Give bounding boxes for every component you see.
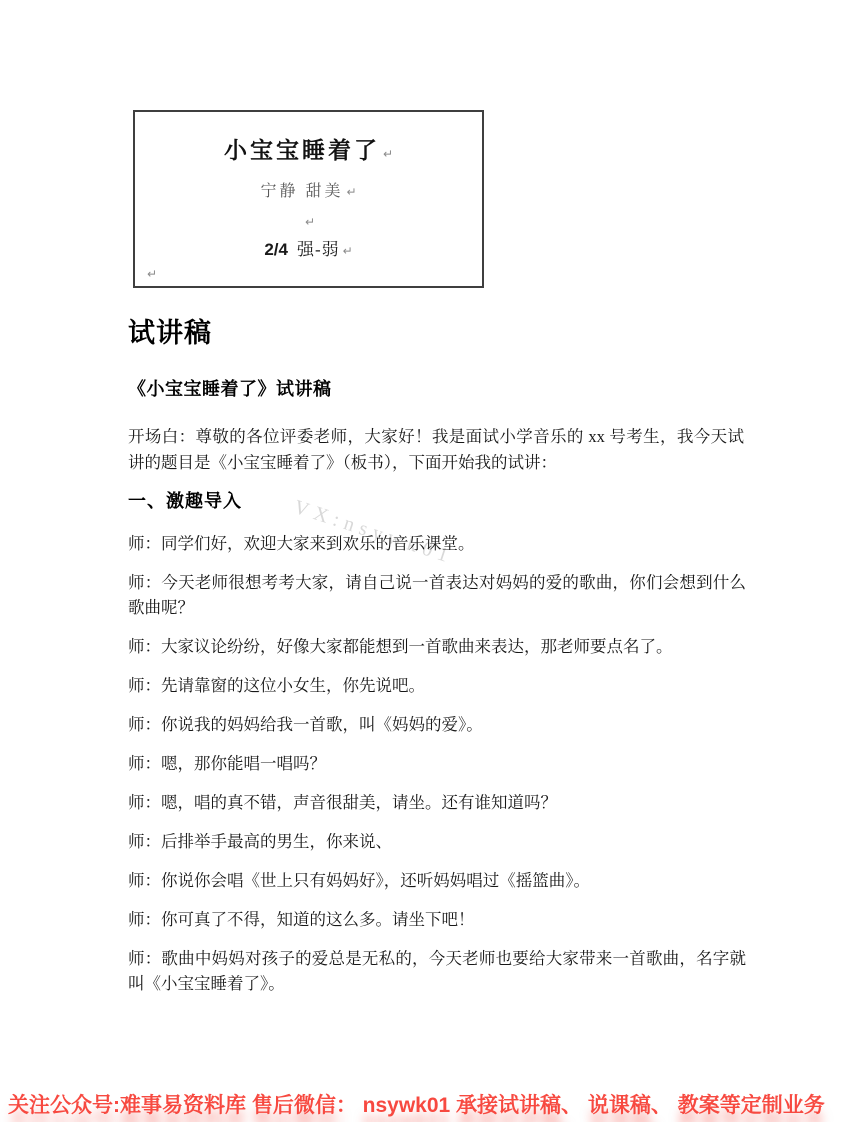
song-mood-row: 宁静 甜美↵ bbox=[135, 178, 482, 201]
dialogue-line: 师：嗯，那你能唱一唱吗？ bbox=[128, 751, 746, 776]
meter-row: 2/4强-弱↵ bbox=[135, 235, 482, 260]
dialogue-line: 师：先请靠窗的这位小女生，你先说吧。 bbox=[128, 673, 746, 698]
dialogue-line: 师：大家议论纷纷，好像大家都能想到一首歌曲来表达，那老师要点名了。 bbox=[128, 634, 746, 659]
song-info-box: 小宝宝睡着了↵ 宁静 甜美↵ ↵ 2/4强-弱↵ ↵ bbox=[133, 110, 484, 288]
dialogue-line: 师：今天老师很想考考大家，请自己说一首表达对妈妈的爱的歌曲，你们会想到什么歌曲呢… bbox=[128, 570, 746, 620]
dialogue-line: 师：同学们好，欢迎大家来到欢乐的音乐课堂。 bbox=[128, 531, 746, 556]
song-mood: 宁静 甜美 bbox=[260, 183, 343, 200]
paragraph-mark-icon: ↵ bbox=[305, 215, 315, 229]
paragraph-mark-icon: ↵ bbox=[346, 185, 356, 199]
opening-remarks: 开场白：尊敬的各位评委老师，大家好！我是面试小学音乐的 xx 号考生，我今天试讲… bbox=[128, 424, 744, 476]
paragraph-mark-icon: ↵ bbox=[383, 147, 393, 161]
song-title-row: 小宝宝睡着了↵ bbox=[135, 132, 482, 165]
section-heading-1: 一、激趣导入 bbox=[128, 487, 242, 513]
lesson-script-title: 《小宝宝睡着了》试讲稿 bbox=[128, 375, 332, 401]
dialogue-line: 师：你说我的妈妈给我一首歌，叫《妈妈的爱》。 bbox=[128, 712, 746, 737]
dialogue-line: 师：你说你会唱《世上只有妈妈好》，还听妈妈唱过《摇篮曲》。 bbox=[128, 868, 746, 893]
dialogue-line: 师：你可真了不得，知道的这么多。请坐下吧！ bbox=[128, 907, 746, 932]
empty-line: ↵ bbox=[135, 213, 482, 229]
footer-banner: 关注公众号:难事易资料库 售后微信： nsywk01 承接试讲稿、 说课稿、 教… bbox=[0, 1089, 866, 1119]
dialogue-block: 师：同学们好，欢迎大家来到欢乐的音乐课堂。师：今天老师很想考考大家，请自己说一首… bbox=[128, 531, 746, 1010]
dialogue-line: 师：歌曲中妈妈对孩子的爱总是无私的，今天老师也要给大家带来一首歌曲，名字就叫《小… bbox=[128, 946, 746, 996]
song-title: 小宝宝睡着了 bbox=[224, 138, 380, 163]
page-title: 试讲稿 bbox=[128, 311, 212, 350]
time-signature: 2/4 bbox=[264, 240, 288, 259]
paragraph-mark-icon: ↵ bbox=[343, 244, 353, 258]
paragraph-mark-icon: ↵ bbox=[147, 267, 157, 281]
dialogue-line: 师：嗯，唱的真不错，声音很甜美，请坐。还有谁知道吗？ bbox=[128, 790, 746, 815]
dynamics-pattern: 强-弱 bbox=[297, 240, 340, 259]
document-page: 小宝宝睡着了↵ 宁静 甜美↵ ↵ 2/4强-弱↵ ↵ 试讲稿 《小宝宝睡着了》试… bbox=[0, 0, 866, 1122]
dialogue-line: 师：后排举手最高的男生，你来说、 bbox=[128, 829, 746, 854]
box-footer-line: ↵ bbox=[144, 265, 157, 283]
